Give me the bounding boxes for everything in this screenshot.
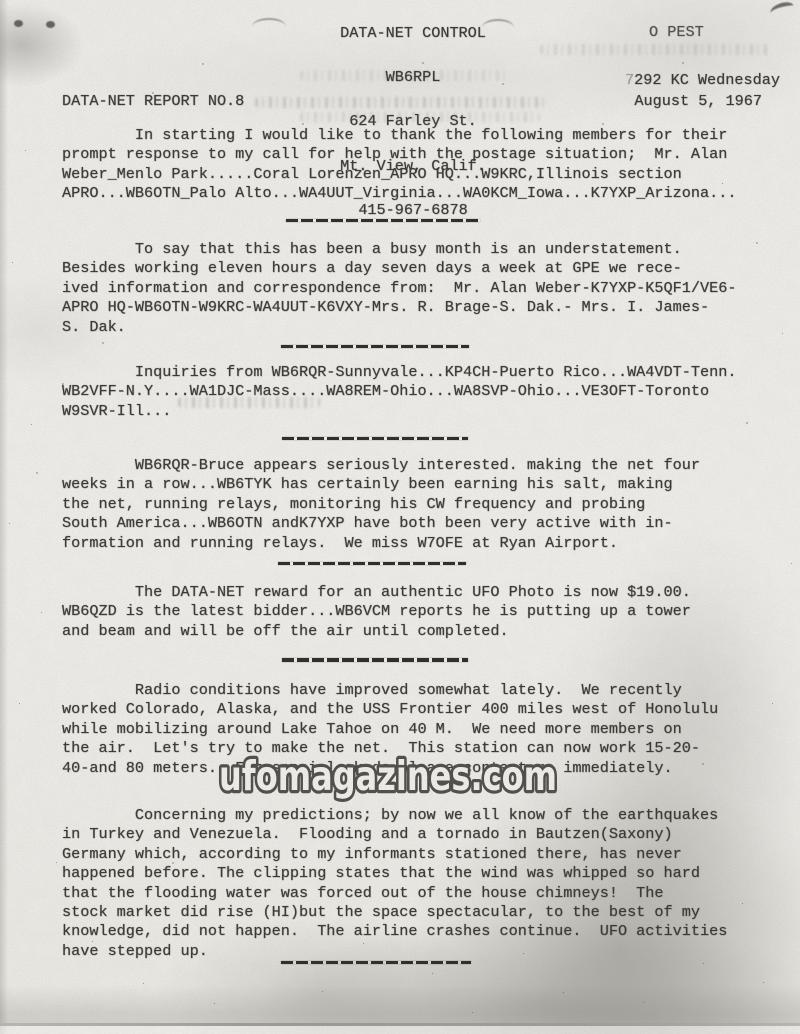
paragraph-thanks: In starting I would like to thank the fo… — [62, 126, 772, 204]
scanned-document-page: DATA-NET CONTROL WB6RPL 624 Farley St. M… — [0, 0, 800, 1034]
scan-arc-mark — [482, 19, 514, 36]
page-edge-highlight — [0, 1026, 800, 1034]
watermark-svg: ufomagazines.com — [210, 747, 566, 807]
paragraph-busy-month: To say that this has been a busy month i… — [62, 240, 772, 337]
net-frequency: 7292 KC Wednesday — [625, 73, 800, 88]
scan-edge-shadow — [0, 0, 8, 1034]
typed-divider-line — [278, 562, 466, 565]
net-time: O PEST — [625, 25, 800, 40]
report-date: August 5, 1967 — [634, 92, 762, 110]
scan-arc-mark — [252, 18, 286, 35]
ink-blot — [46, 21, 55, 28]
faded-ghost-text — [300, 70, 510, 81]
paragraph-ufo-reward: The DATA-NET reward for an authentic UFO… — [62, 583, 772, 641]
typed-divider-line — [282, 658, 468, 662]
speck-layer — [0, 0, 2, 2]
ink-blot — [14, 20, 23, 27]
typed-divider-line — [282, 437, 468, 440]
typed-divider-line — [281, 345, 469, 348]
faded-ghost-text — [178, 397, 320, 408]
paragraph-net-activity: WB6RQR-Bruce appears seriously intereste… — [62, 456, 772, 553]
scan-bottom-shadow — [0, 985, 800, 1023]
report-title: DATA-NET REPORT NO.8 — [62, 92, 244, 110]
faded-ghost-text — [300, 112, 540, 122]
typed-divider-line — [286, 219, 480, 222]
letterhead-phone: 415-967-6878 — [308, 203, 518, 218]
paragraph-predictions: Concerning my predictions; by now we all… — [62, 806, 772, 961]
paragraph-inquiries: Inquiries from WB6RQR-Sunnyvale...KP4CH-… — [62, 363, 772, 421]
watermark: ufomagazines.com — [210, 747, 566, 812]
typed-divider-line — [281, 961, 471, 964]
watermark-text: ufomagazines.com — [219, 752, 557, 800]
faded-ghost-text — [540, 44, 770, 55]
letterhead: DATA-NET CONTROL WB6RPL 624 Farley St. M… — [308, 0, 518, 248]
faded-ghost-text — [255, 97, 545, 108]
